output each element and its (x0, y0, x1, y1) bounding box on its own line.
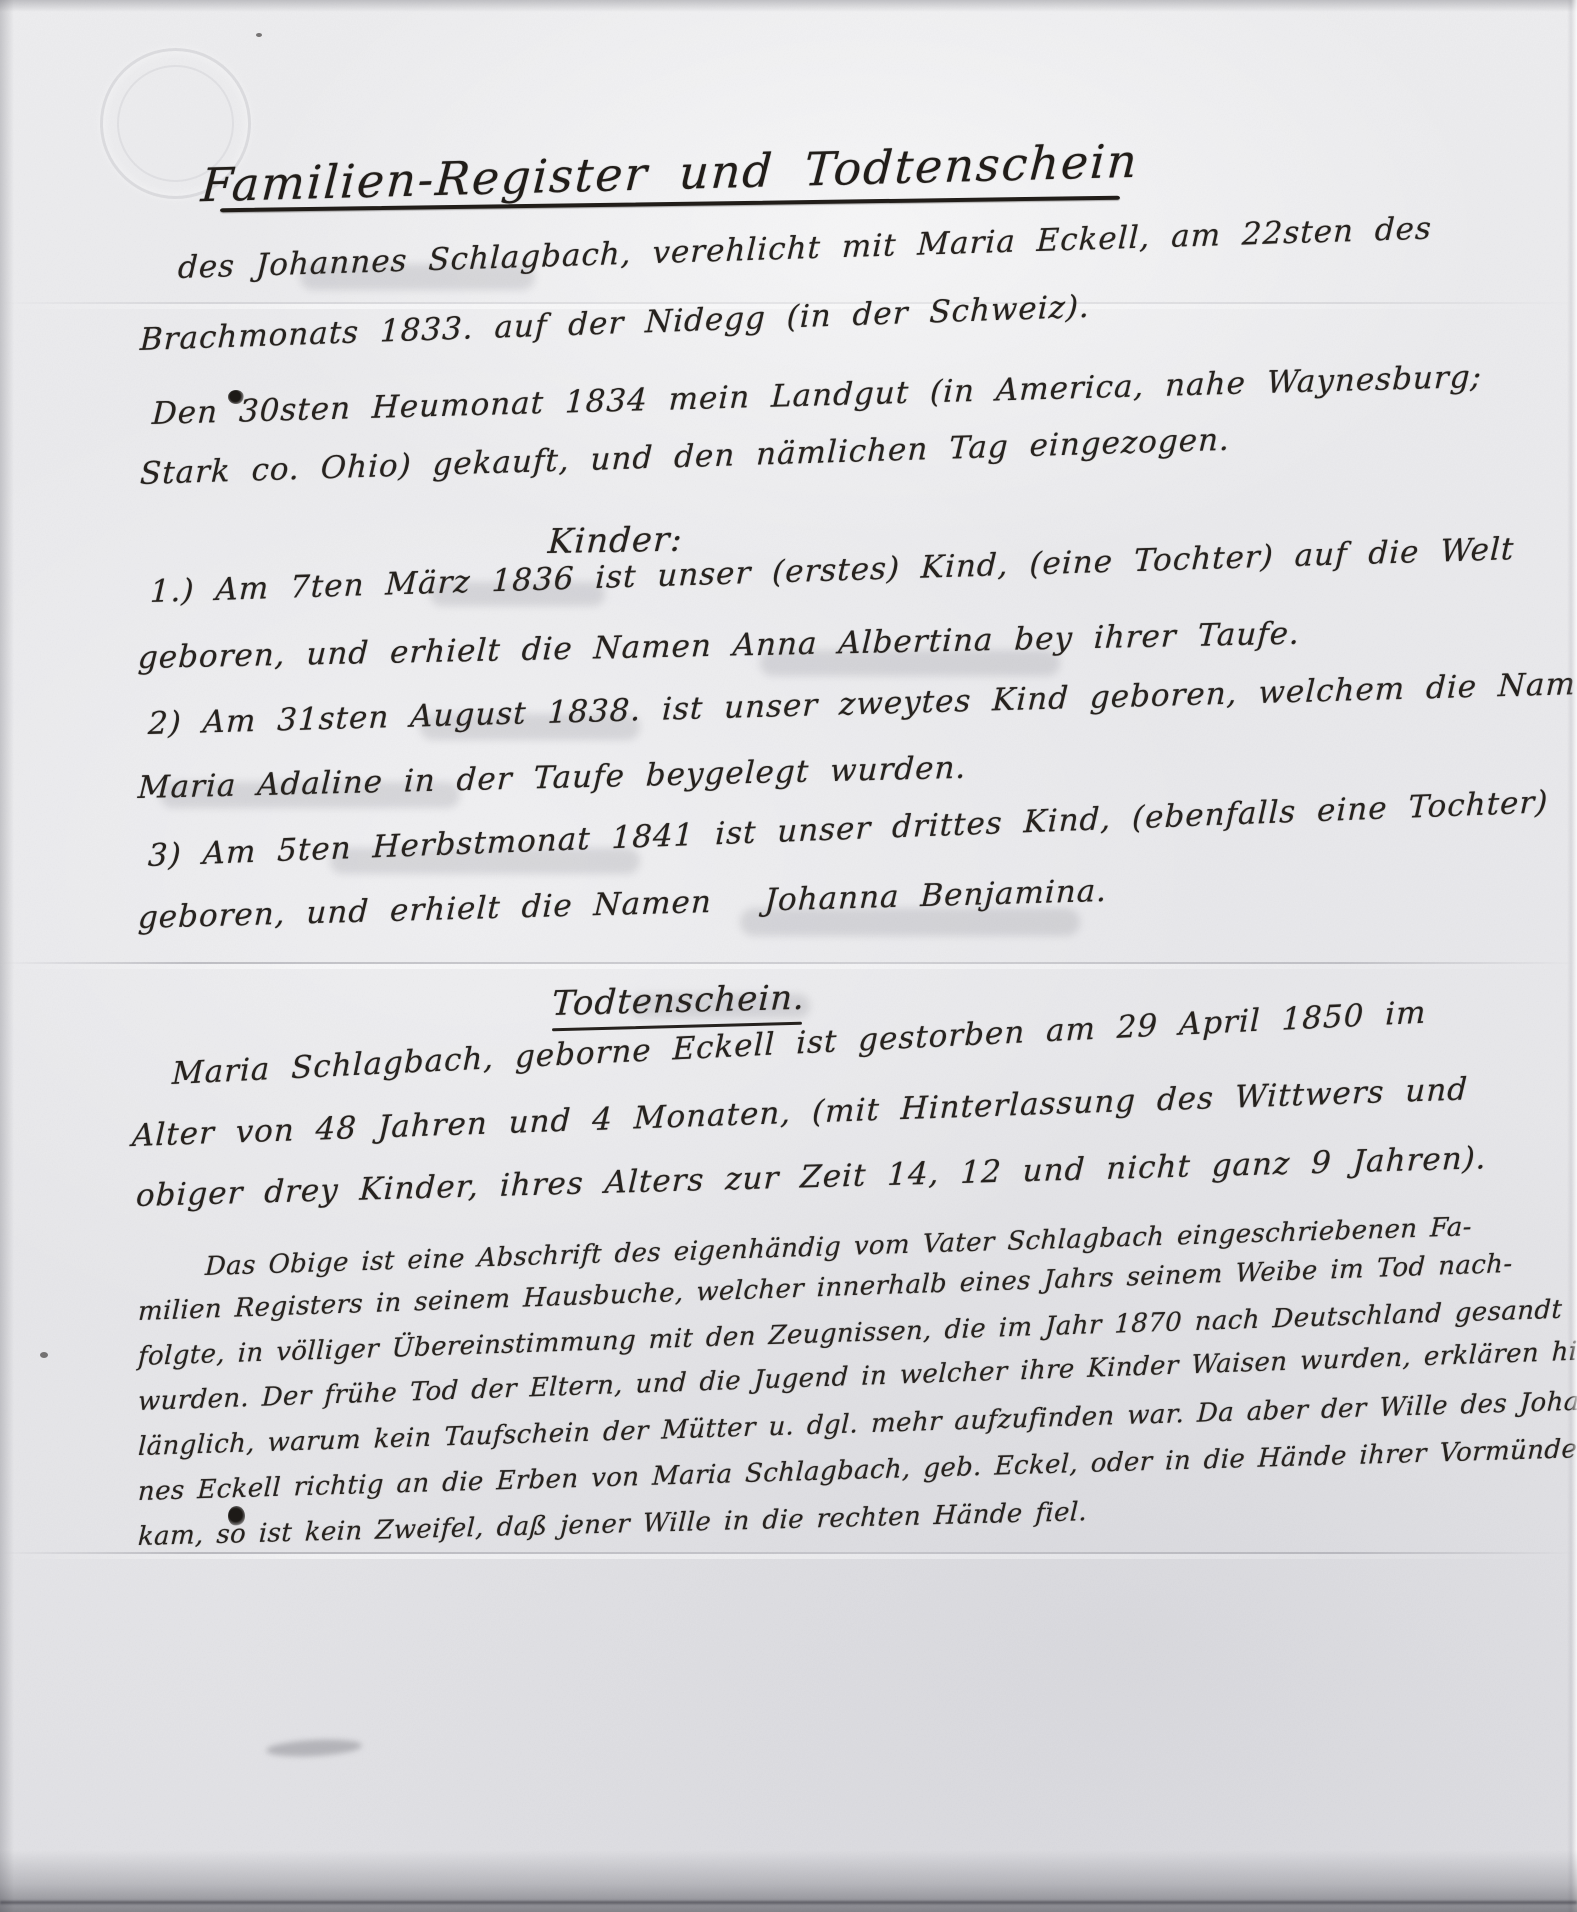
scan-edge-left (0, 0, 14, 1912)
scan-edge-bottom-crease (0, 1901, 1577, 1904)
child-2-line-2: Maria Adaline in der Taufe beygelegt wur… (137, 750, 967, 806)
ink-blot (228, 390, 244, 404)
death-line-3: obiger drey Kinder, ihres Alters zur Zei… (135, 1140, 1487, 1214)
child-1-line-2: geboren, und erhielt die Namen Anna Albe… (137, 616, 1301, 676)
title-block: Familien-Register und Todtenschein (170, 146, 1170, 206)
scan-edge-top (0, 0, 1577, 12)
intro-line-2: Brachmonats 1833. auf der Nidegg (in der… (139, 289, 1090, 358)
scan-edge-right (1567, 0, 1577, 1912)
closing-line-7: kam, so ist kein Zweifel, daß jener Will… (137, 1497, 1088, 1552)
intro-line-1: des Johannes Schlagbach, verehlicht mit … (177, 211, 1432, 286)
ink-speck (256, 33, 262, 37)
scanned-letter-page: Familien-Register und Todtenschein des J… (0, 0, 1577, 1912)
ink-blot (228, 1506, 245, 1526)
purchase-line-2: Stark co. Ohio) gekauft, und den nämlich… (139, 422, 1230, 492)
section-heading-todtenschein: Todtenschein. (551, 978, 806, 1024)
child-1-text: Am 7ten März 1836 ist unser (erstes) Kin… (215, 531, 1515, 608)
section-heading-kinder: Kinder: (547, 520, 684, 562)
pencil-smudge (266, 1737, 363, 1758)
purchase-line-1: Den 30sten Heumonat 1834 mein Landgut (i… (151, 359, 1483, 432)
child-3-number: 3) (147, 837, 182, 874)
fold-crease-middle (0, 962, 1577, 969)
child-2-line-1: 2) Am 31sten August 1838. ist unser zwey… (147, 665, 1577, 742)
ink-speck (40, 1352, 48, 1358)
paper-grain-overlay (0, 0, 1577, 1912)
scan-edge-bottom-shadow (0, 1850, 1577, 1912)
death-heading-block: Todtenschein. (552, 984, 805, 1028)
fold-crease-bottom (0, 1552, 1577, 1559)
child-1-number: 1.) (149, 573, 195, 610)
child-2-text: Am 31sten August 1838. ist unser zweytes… (202, 665, 1577, 741)
child-1-line-1: 1.) Am 7ten März 1836 ist unser (erstes)… (149, 531, 1515, 610)
child-2-number: 2) (147, 705, 182, 742)
